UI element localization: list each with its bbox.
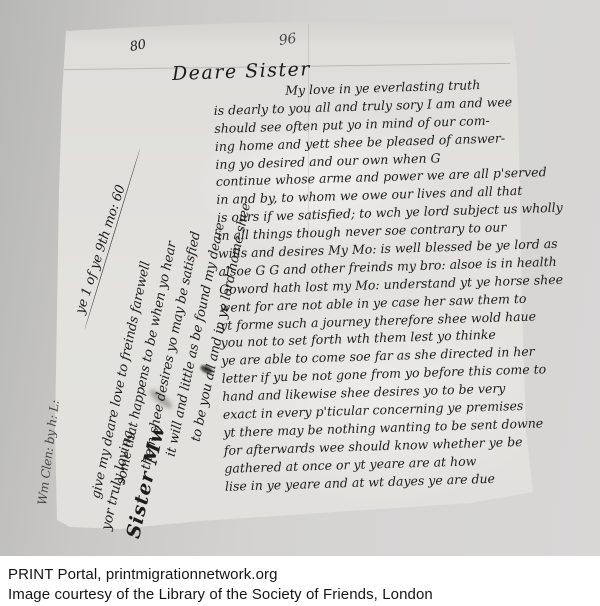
date-line: ye 1 of ye 9th mo: 60 xyxy=(73,183,129,316)
endorsement: Wm Clen: by h: L: xyxy=(35,399,62,506)
caption-portal-line: PRINT Portal, printmigrationnetwork.org xyxy=(8,566,278,583)
page-number-right: 96 xyxy=(278,31,297,49)
screenshot: 80 96 Deare Sister My love in ye everlas… xyxy=(0,0,600,606)
caption-credit-line: Image courtesy of the Library of the Soc… xyxy=(8,586,433,603)
letter-body: My love in ye everlasting truth is dearl… xyxy=(213,75,545,496)
handwriting-layer: 80 96 Deare Sister My love in ye everlas… xyxy=(0,0,600,556)
page-number-left: 80 xyxy=(129,37,148,55)
credit-strip: PRINT Portal, printmigrationnetwork.org … xyxy=(0,556,600,606)
photo-backdrop: 80 96 Deare Sister My love in ye everlas… xyxy=(0,0,600,556)
